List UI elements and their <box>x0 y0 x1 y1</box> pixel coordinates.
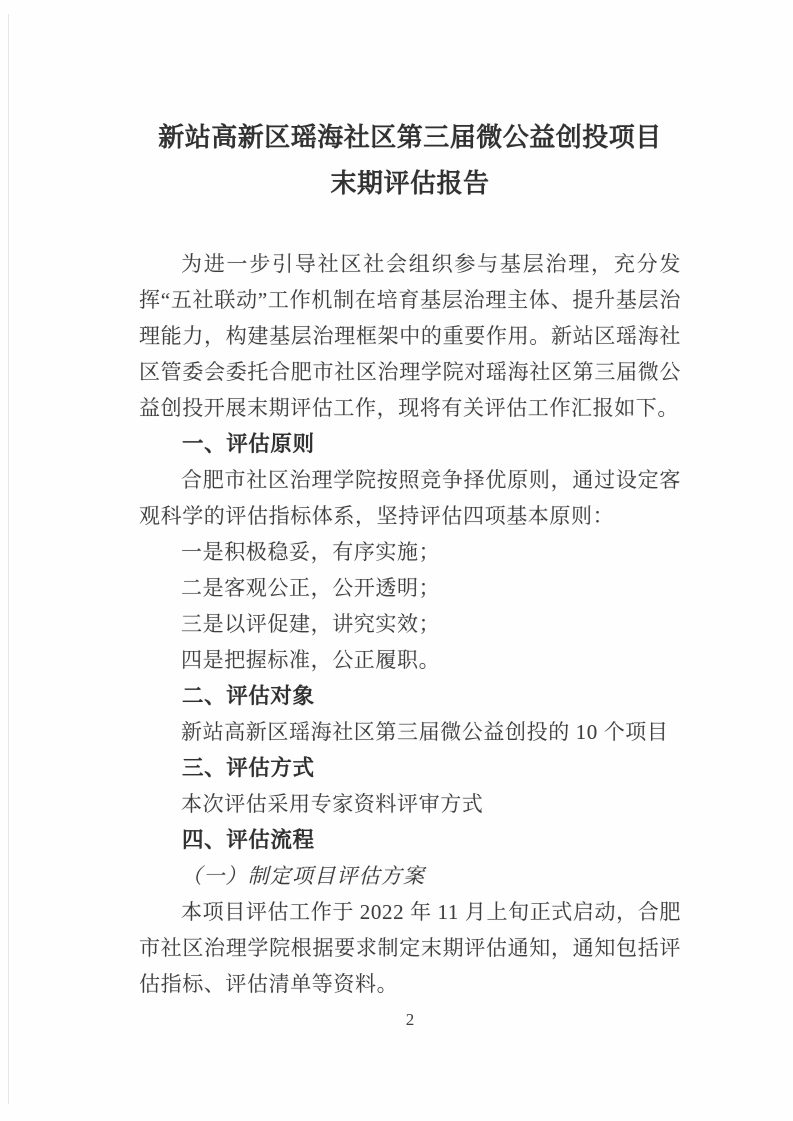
section-1-heading: 一、评估原则 <box>139 426 681 462</box>
section-3-heading: 三、评估方式 <box>139 750 681 786</box>
principle-item-4: 四是把握标准，公正履职。 <box>139 642 681 678</box>
document-page: 新站高新区瑶海社区第三届微公益创投项目末期评估报告 为进一步引导社区社会组织参与… <box>0 0 793 1121</box>
report-title: 新站高新区瑶海社区第三届微公益创投项目末期评估报告 <box>139 114 681 206</box>
document-content: 新站高新区瑶海社区第三届微公益创投项目末期评估报告 为进一步引导社区社会组织参与… <box>139 114 681 1002</box>
section-4-heading: 四、评估流程 <box>139 822 681 858</box>
section-2-paragraph: 新站高新区瑶海社区第三届微公益创投的 10 个项目 <box>139 714 681 750</box>
section-2-heading: 二、评估对象 <box>139 678 681 714</box>
page-number: 2 <box>139 1008 681 1032</box>
section-4-subheading: （一）制定项目评估方案 <box>139 858 681 894</box>
section-1-paragraph: 合肥市社区治理学院按照竞争择优原则，通过设定客观科学的评估指标体系，坚持评估四项… <box>139 462 681 534</box>
section-4-paragraph: 本项目评估工作于 2022 年 11 月上旬正式启动，合肥市社区治理学院根据要求… <box>139 894 681 1002</box>
section-3-paragraph: 本次评估采用专家资料评审方式 <box>139 786 681 822</box>
scan-artifact-line <box>8 14 9 1104</box>
report-title-line-2: 末期评估报告 <box>330 168 489 198</box>
principle-item-1: 一是积极稳妥，有序实施； <box>139 534 681 570</box>
principle-item-3: 三是以评促建，讲究实效； <box>139 606 681 642</box>
report-title-line-1: 新站高新区瑶海社区第三届微公益创投项目 <box>158 122 662 152</box>
intro-paragraph: 为进一步引导社区社会组织参与基层治理，充分发挥“五社联动”工作机制在培育基层治理… <box>139 246 681 426</box>
principle-item-2: 二是客观公正，公开透明； <box>139 570 681 606</box>
